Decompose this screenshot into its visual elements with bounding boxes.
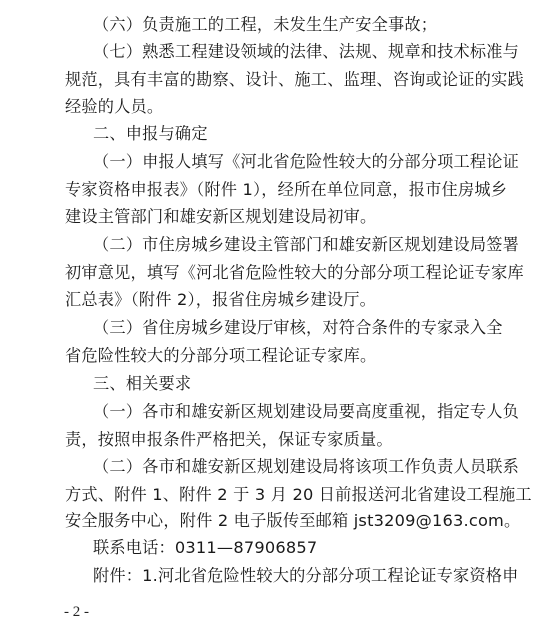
declaration-item-1-cont-2: 建设主管部门和雄安新区规划建设局初审。 bbox=[65, 207, 460, 227]
declaration-item-2: （二）市住房城乡建设主管部门和雄安新区规划建设局签署 bbox=[93, 235, 460, 255]
declaration-item-3-cont: 省危险性较大的分部分项工程论证专家库。 bbox=[65, 346, 460, 366]
clause-seven-cont-1: 规范，具有丰富的勘察、设计、施工、监理、咨询或论证的实践 bbox=[65, 70, 460, 90]
declaration-item-2-cont-1: 初审意见，填写《河北省危险性较大的分部分项工程论证专家库 bbox=[65, 263, 460, 283]
clause-seven-cont-2: 经验的人员。 bbox=[65, 97, 460, 117]
document-page: （六）负责施工的工程，未发生生产安全事故； （七）熟悉工程建设领域的法律、法规、… bbox=[0, 0, 550, 644]
requirement-item-2-cont-2: 安全服务中心，附件 2 电子版传至邮箱 jst3209@163.com。 bbox=[65, 511, 460, 531]
section-heading-requirements: 三、相关要求 bbox=[93, 374, 460, 394]
requirement-item-2: （二）各市和雄安新区规划建设局将该项工作负责人员联系 bbox=[93, 457, 460, 477]
requirement-item-1-cont: 责，按照申报条件严格把关，保证专家质量。 bbox=[65, 430, 460, 450]
clause-six: （六）负责施工的工程，未发生生产安全事故； bbox=[93, 15, 460, 35]
declaration-item-2-cont-2: 汇总表》（附件 2），报省住房城乡建设厅。 bbox=[65, 290, 460, 310]
contact-phone: 联系电话：0311—87906857 bbox=[93, 538, 460, 558]
requirement-item-1: （一）各市和雄安新区规划建设局要高度重视，指定专人负 bbox=[93, 402, 460, 422]
clause-seven: （七）熟悉工程建设领域的法律、法规、规章和技术标准与 bbox=[93, 42, 460, 62]
declaration-item-1-cont-1: 专家资格申报表》（附件 1），经所在单位同意，报市住房城乡 bbox=[65, 180, 460, 200]
attachments-list: 附件：1.河北省危险性较大的分部分项工程论证专家资格申 bbox=[93, 566, 460, 586]
requirement-item-2-cont-1: 方式、附件 1、附件 2 于 3 月 20 日前报送河北省建设工程施工 bbox=[65, 485, 460, 505]
page-number: - 2 - bbox=[64, 604, 89, 621]
declaration-item-1: （一）申报人填写《河北省危险性较大的分部分项工程论证 bbox=[93, 152, 460, 172]
section-heading-declaration: 二、申报与确定 bbox=[93, 124, 460, 144]
declaration-item-3: （三）省住房城乡建设厅审核，对符合条件的专家录入全 bbox=[93, 318, 460, 338]
